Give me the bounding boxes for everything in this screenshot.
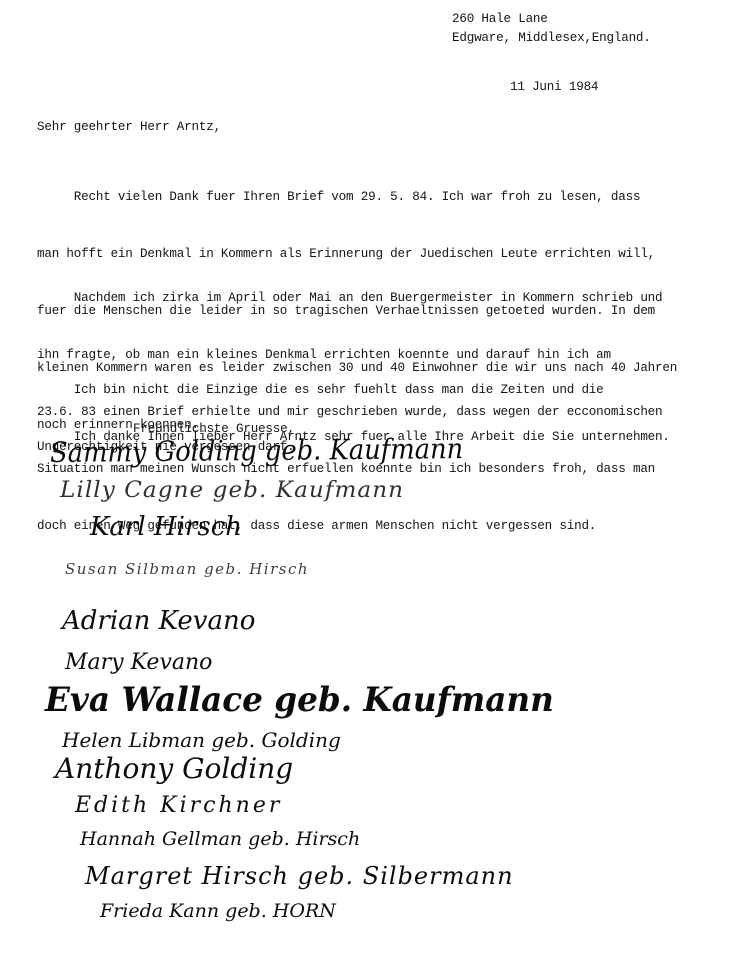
- signature: Anthony Golding: [55, 752, 293, 785]
- sender-address: 260 Hale LaneEdgware, Middlesex,England.: [452, 10, 651, 48]
- letter-date: 11 Juni 1984: [510, 78, 598, 97]
- signature: Mary Kevano: [65, 650, 212, 675]
- signature: Margret Hirsch geb. Silbermann: [85, 862, 514, 890]
- signature: Sammy Golding geb. Kaufmann: [50, 432, 463, 469]
- paragraph-line: Nachdem ich zirka im April oder Mai an d…: [37, 289, 662, 308]
- signature: Karl Hirsch: [90, 512, 242, 542]
- signature: Adrian Kevano: [62, 606, 255, 636]
- signature: Eva Wallace geb. Kaufmann: [45, 680, 554, 720]
- signature: Helen Libman geb. Golding: [62, 728, 341, 752]
- signature: Frieda Kann geb. HORN: [100, 900, 336, 922]
- signature: Susan Silbman geb. Hirsch: [65, 560, 309, 578]
- signature: Lilly Cagne geb. Kaufmann: [60, 478, 404, 503]
- signature: Hannah Gellman geb. Hirsch: [80, 828, 360, 850]
- paragraph-line: Recht vielen Dank fuer Ihren Brief vom 2…: [37, 188, 677, 207]
- address-line-street: 260 Hale Lane: [452, 10, 651, 29]
- address-line-city: Edgware, Middlesex,England.: [452, 29, 651, 48]
- signature: Edith Kirchner: [75, 793, 282, 818]
- letter-page: 260 Hale LaneEdgware, Middlesex,England.…: [0, 0, 750, 977]
- salutation: Sehr geehrter Herr Arntz,: [37, 118, 221, 137]
